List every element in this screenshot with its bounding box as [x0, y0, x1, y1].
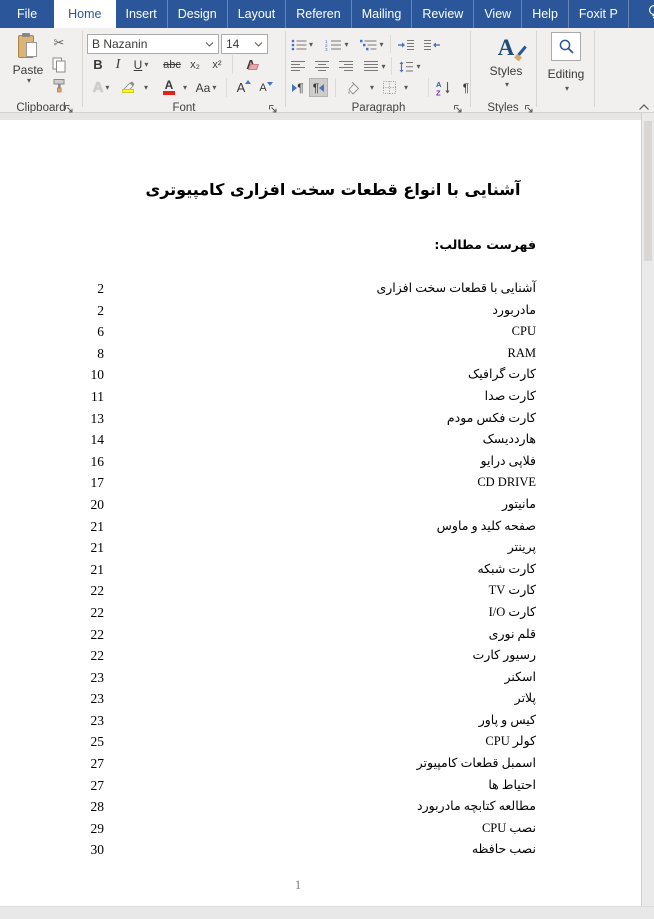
line-spacing-icon — [399, 61, 414, 73]
font-color-dropdown-arrow[interactable]: ▾ — [179, 78, 189, 97]
toc-row: 27 احتیاط ها — [0, 775, 641, 797]
ribbon-tab-bar: File Home Insert Design Layout Referen M… — [0, 0, 654, 28]
toc-page-number: 22 — [60, 624, 104, 646]
borders-button[interactable] — [379, 78, 399, 97]
shading-button[interactable] — [341, 78, 365, 97]
toc-entry-label: فلاپی درایو — [481, 451, 536, 473]
increase-indent-icon — [423, 39, 441, 51]
toc-page-number: 22 — [60, 602, 104, 624]
toc-entry-label: کارت فکس مودم — [447, 408, 536, 430]
superscript-icon: x² — [212, 59, 221, 71]
align-center-button[interactable] — [313, 57, 332, 76]
toc-row: 17 CD DRIVE — [0, 472, 641, 494]
status-bar — [0, 906, 654, 919]
superscript-button[interactable]: x² — [208, 55, 226, 74]
toc-entry-label: پرینتر — [508, 537, 536, 559]
highlight-color-button[interactable] — [118, 77, 138, 97]
toc-entry-label: مطالعه کتابچه مادربورد — [417, 796, 536, 818]
paste-button[interactable]: Paste ▾ — [6, 32, 50, 98]
svg-text:3: 3 — [325, 47, 328, 51]
editing-button-label: Editing — [548, 67, 585, 81]
toc-page-number: 13 — [60, 408, 104, 430]
tab-help[interactable]: Help — [522, 0, 569, 28]
tab-design[interactable]: Design — [168, 0, 228, 28]
find-icon-box — [551, 32, 581, 61]
toc-page-number: 8 — [60, 343, 104, 365]
toc-row: 22 کارت TV — [0, 580, 641, 602]
document-page[interactable]: آشنایی با انواع قطعات سخت افزاری کامپیوت… — [0, 120, 641, 906]
decrease-indent-icon — [397, 39, 415, 51]
grow-font-icon: A — [237, 80, 246, 95]
scrollbar-thumb[interactable] — [644, 121, 652, 261]
font-color-button[interactable]: A — [160, 77, 178, 97]
toc-page-number: 23 — [60, 688, 104, 710]
toc-entry-label: صفحه کلید و ماوس — [437, 516, 536, 538]
toc-page-number: 6 — [60, 321, 104, 343]
toc-row: 22 کارت I/O — [0, 602, 641, 624]
editing-dropdown-arrow: ▾ — [565, 85, 569, 93]
toc-entry-label: رسیور کارت — [473, 645, 536, 667]
bold-icon: B — [93, 57, 102, 72]
toc-row: 8 RAM — [0, 343, 641, 365]
format-painter-button[interactable] — [50, 76, 68, 95]
italic-button[interactable]: I — [111, 55, 125, 74]
toc-entry-label: نصب حافظه — [472, 839, 536, 861]
sort-icon: AZ — [436, 80, 452, 96]
group-separator — [536, 31, 537, 107]
highlight-dropdown-arrow[interactable]: ▾ — [140, 78, 150, 97]
tab-review[interactable]: Review — [412, 0, 474, 28]
sort-button[interactable]: AZ — [433, 77, 455, 98]
copy-button[interactable] — [50, 55, 68, 74]
toc-row: 2 آشنایی با قطعات سخت افزاری — [0, 278, 641, 300]
toc-page-number: 27 — [60, 753, 104, 775]
mini-separator — [232, 55, 233, 74]
table-of-contents: 2 آشنایی با قطعات سخت افزاری 2 مادربورد … — [0, 278, 641, 861]
toc-page-number: 10 — [60, 364, 104, 386]
toc-row: 22 رسیور کارت — [0, 645, 641, 667]
numbering-button[interactable]: 123▾ — [323, 35, 351, 54]
tab-foxit-pdf[interactable]: Foxit P — [569, 0, 629, 28]
tell-me-button[interactable]: Tell me — [641, 0, 654, 28]
multilevel-list-button[interactable]: ▾ — [357, 35, 387, 54]
justify-button[interactable]: ▾ — [361, 57, 389, 76]
bold-button[interactable]: B — [90, 55, 106, 74]
group-separator — [470, 31, 471, 107]
toc-entry-label: کارت I/O — [489, 602, 536, 624]
tab-view[interactable]: View — [474, 0, 522, 28]
scissors-icon: ✂ — [54, 35, 65, 51]
document-title: آشنایی با انواع قطعات سخت افزاری کامپیوت… — [0, 180, 641, 199]
bullets-dropdown-arrow: ▾ — [309, 41, 313, 49]
toc-entry-label: پلاتر — [515, 688, 536, 710]
strikethrough-button[interactable]: abc — [160, 55, 184, 74]
subscript-icon: x₂ — [190, 59, 200, 71]
toc-page-number: 11 — [60, 386, 104, 408]
font-size-combo[interactable]: 14 — [221, 34, 268, 54]
ltr-direction-button[interactable]: ¶ — [289, 78, 307, 97]
toc-page-number: 20 — [60, 494, 104, 516]
tab-mailings[interactable]: Mailing — [352, 0, 413, 28]
toc-page-number: 23 — [60, 667, 104, 689]
align-right-icon — [339, 61, 354, 72]
align-left-button[interactable] — [289, 57, 308, 76]
paste-dropdown-arrow: ▾ — [27, 77, 31, 85]
multilevel-list-icon — [360, 39, 377, 51]
vertical-scrollbar[interactable] — [641, 113, 654, 906]
toc-row: 21 پرینتر — [0, 537, 641, 559]
copy-icon — [52, 57, 66, 73]
align-left-icon — [291, 61, 306, 72]
document-margin-gap — [0, 113, 654, 120]
mini-separator — [390, 35, 391, 53]
toc-page-number: 21 — [60, 537, 104, 559]
group-separator — [285, 31, 286, 107]
group-separator — [82, 31, 83, 107]
clear-formatting-icon: A — [246, 57, 255, 72]
line-spacing-dropdown-arrow: ▾ — [416, 63, 420, 71]
home-ribbon: Paste ▾ ✂ Clipboard B Nazanin 14 B I U▾ … — [0, 28, 654, 113]
change-case-dropdown-arrow: ▾ — [212, 84, 216, 92]
toc-entry-label: کارت TV — [489, 580, 536, 602]
decrease-indent-button[interactable] — [395, 35, 417, 54]
mini-separator — [391, 57, 392, 75]
numbering-dropdown-arrow: ▾ — [344, 41, 348, 49]
toc-entry-label: کارت صدا — [485, 386, 536, 408]
toc-entry-label: کارت شبکه — [477, 559, 536, 581]
ltr-pilcrow-icon: ¶ — [297, 81, 303, 95]
toc-entry-label: آشنایی با قطعات سخت افزاری — [376, 278, 536, 300]
toc-page-number: 25 — [60, 731, 104, 753]
numbering-icon: 123 — [325, 39, 342, 51]
mini-separator — [226, 78, 227, 97]
toc-entry-label: کارت گرافیک — [468, 364, 536, 386]
styles-dropdown-arrow: ▾ — [505, 81, 509, 89]
align-center-icon — [315, 61, 330, 72]
toc-page-number: 21 — [60, 516, 104, 538]
mini-separator — [335, 78, 336, 97]
toc-row: 28 مطالعه کتابچه مادربورد — [0, 796, 641, 818]
text-effects-button[interactable]: A▾ — [89, 78, 113, 97]
styles-button[interactable]: A Styles ▾ — [478, 32, 534, 98]
change-case-icon: Aa — [196, 81, 211, 95]
magnifier-icon — [558, 38, 575, 55]
align-right-button[interactable] — [337, 57, 356, 76]
toc-row: 22 قلم نوری — [0, 624, 641, 646]
styles-button-label: Styles — [490, 64, 523, 78]
collapse-ribbon-button[interactable] — [636, 100, 652, 113]
toc-page-number: 28 — [60, 796, 104, 818]
styles-brush-icon: A — [498, 36, 515, 59]
toc-row: 25 کولر CPU — [0, 731, 641, 753]
chevron-down-icon — [205, 42, 214, 47]
tab-insert[interactable]: Insert — [116, 0, 168, 28]
tab-layout[interactable]: Layout — [228, 0, 287, 28]
toc-row: 27 اسمبل قطعات کامپیوتر — [0, 753, 641, 775]
text-effects-icon: A — [93, 79, 104, 96]
toc-row: 2 مادربورد — [0, 300, 641, 322]
font-size-value: 14 — [226, 37, 254, 51]
font-name-combo[interactable]: B Nazanin — [87, 34, 219, 54]
word-window: File Home Insert Design Layout Referen M… — [0, 0, 654, 919]
mini-separator — [428, 78, 429, 97]
highlight-color-bar — [122, 89, 134, 93]
toc-row: 13 کارت فکس مودم — [0, 408, 641, 430]
pilcrow-icon: ¶ — [463, 81, 469, 95]
format-painter-icon — [52, 78, 67, 93]
toc-page-number: 14 — [60, 429, 104, 451]
increase-indent-button[interactable] — [421, 35, 443, 54]
toc-row: 6 CPU — [0, 321, 641, 343]
toc-entry-label: نصب CPU — [482, 818, 536, 840]
toc-page-number: 29 — [60, 818, 104, 840]
toc-row: 30 نصب حافظه — [0, 839, 641, 861]
toc-entry-label: اسمبل قطعات کامپیوتر — [417, 753, 536, 775]
font-name-value: B Nazanin — [92, 37, 205, 51]
toc-row: 11 کارت صدا — [0, 386, 641, 408]
borders-dropdown-arrow[interactable]: ▾ — [400, 78, 410, 97]
tab-references[interactable]: Referen — [286, 0, 351, 28]
chevron-down-icon — [254, 42, 263, 47]
cut-button[interactable]: ✂ — [50, 33, 68, 52]
toc-entry-label: اسکنر — [504, 667, 536, 689]
underline-button[interactable]: U▾ — [129, 55, 153, 74]
bullets-button[interactable]: ▾ — [289, 35, 315, 54]
toc-entry-label: RAM — [508, 343, 536, 365]
clear-formatting-button[interactable]: A — [240, 55, 262, 74]
toc-row: 23 پلاتر — [0, 688, 641, 710]
italic-icon: I — [116, 57, 121, 73]
tab-home[interactable]: Home — [54, 0, 115, 28]
toc-entry-label: قلم نوری — [489, 624, 536, 646]
toc-page-number: 2 — [60, 278, 104, 300]
chevron-up-icon — [638, 103, 650, 111]
paste-label: Paste — [13, 63, 44, 77]
toc-row: 16 فلاپی درایو — [0, 451, 641, 473]
underline-icon: U — [134, 58, 143, 72]
shrink-font-button[interactable]: A — [254, 78, 272, 97]
change-case-button[interactable]: Aa▾ — [193, 78, 219, 97]
bullets-icon — [291, 39, 307, 51]
toc-row: 23 کیس و پاور — [0, 710, 641, 732]
justify-dropdown-arrow: ▾ — [381, 63, 385, 71]
editing-button[interactable]: Editing ▾ — [538, 31, 594, 99]
tab-file[interactable]: File — [0, 0, 54, 28]
multilevel-list-dropdown-arrow: ▾ — [379, 41, 383, 49]
toc-entry-label: هارددیسک — [483, 429, 536, 451]
toc-entry-label: CPU — [512, 321, 536, 343]
grow-font-button[interactable]: A — [232, 78, 250, 97]
toc-row: 14 هارددیسک — [0, 429, 641, 451]
paste-clipboard-icon — [18, 34, 38, 60]
toc-entry-label: احتیاط ها — [488, 775, 536, 797]
toc-page-number: 22 — [60, 580, 104, 602]
shading-dropdown-arrow[interactable]: ▾ — [366, 78, 376, 97]
subscript-button[interactable]: x₂ — [186, 55, 204, 74]
group-separator — [594, 31, 595, 107]
font-color-bar — [163, 91, 175, 95]
justify-icon — [364, 61, 379, 72]
toc-row: 10 کارت گرافیک — [0, 364, 641, 386]
toc-entry-label: CD DRIVE — [477, 472, 536, 494]
toc-entry-label: مانیتور — [502, 494, 536, 516]
lightbulb-icon — [647, 4, 654, 24]
shading-bucket-icon — [345, 81, 362, 95]
toc-row: 21 کارت شبکه — [0, 559, 641, 581]
rtl-direction-button[interactable]: ¶ — [309, 78, 328, 97]
strikethrough-icon: abc — [163, 59, 181, 71]
toc-row: 20 مانیتور — [0, 494, 641, 516]
toc-row: 29 نصب CPU — [0, 818, 641, 840]
line-spacing-button[interactable]: ▾ — [396, 57, 424, 76]
toc-row: 23 اسکنر — [0, 667, 641, 689]
toc-row: 21 صفحه کلید و ماوس — [0, 516, 641, 538]
toc-heading: فهرست مطالب: — [434, 237, 536, 252]
toc-page-number: 2 — [60, 300, 104, 322]
toc-entry-label: کیس و پاور — [479, 710, 536, 732]
show-paragraph-marks-button[interactable]: ¶ — [458, 78, 474, 97]
page-number: 1 — [60, 877, 536, 893]
svg-text:Z: Z — [436, 88, 441, 96]
toc-entry-label: کولر CPU — [485, 731, 536, 753]
borders-icon — [383, 81, 396, 94]
underline-dropdown-arrow: ▾ — [144, 61, 148, 69]
rtl-arrow-icon — [319, 84, 324, 92]
toc-page-number: 30 — [60, 839, 104, 861]
text-effects-dropdown-arrow: ▾ — [105, 84, 109, 92]
toc-page-number: 22 — [60, 645, 104, 667]
toc-page-number: 27 — [60, 775, 104, 797]
toc-page-number: 16 — [60, 451, 104, 473]
toc-page-number: 21 — [60, 559, 104, 581]
toc-entry-label: مادربورد — [492, 300, 536, 322]
shrink-font-icon: A — [259, 82, 266, 94]
toc-page-number: 17 — [60, 472, 104, 494]
toc-page-number: 23 — [60, 710, 104, 732]
